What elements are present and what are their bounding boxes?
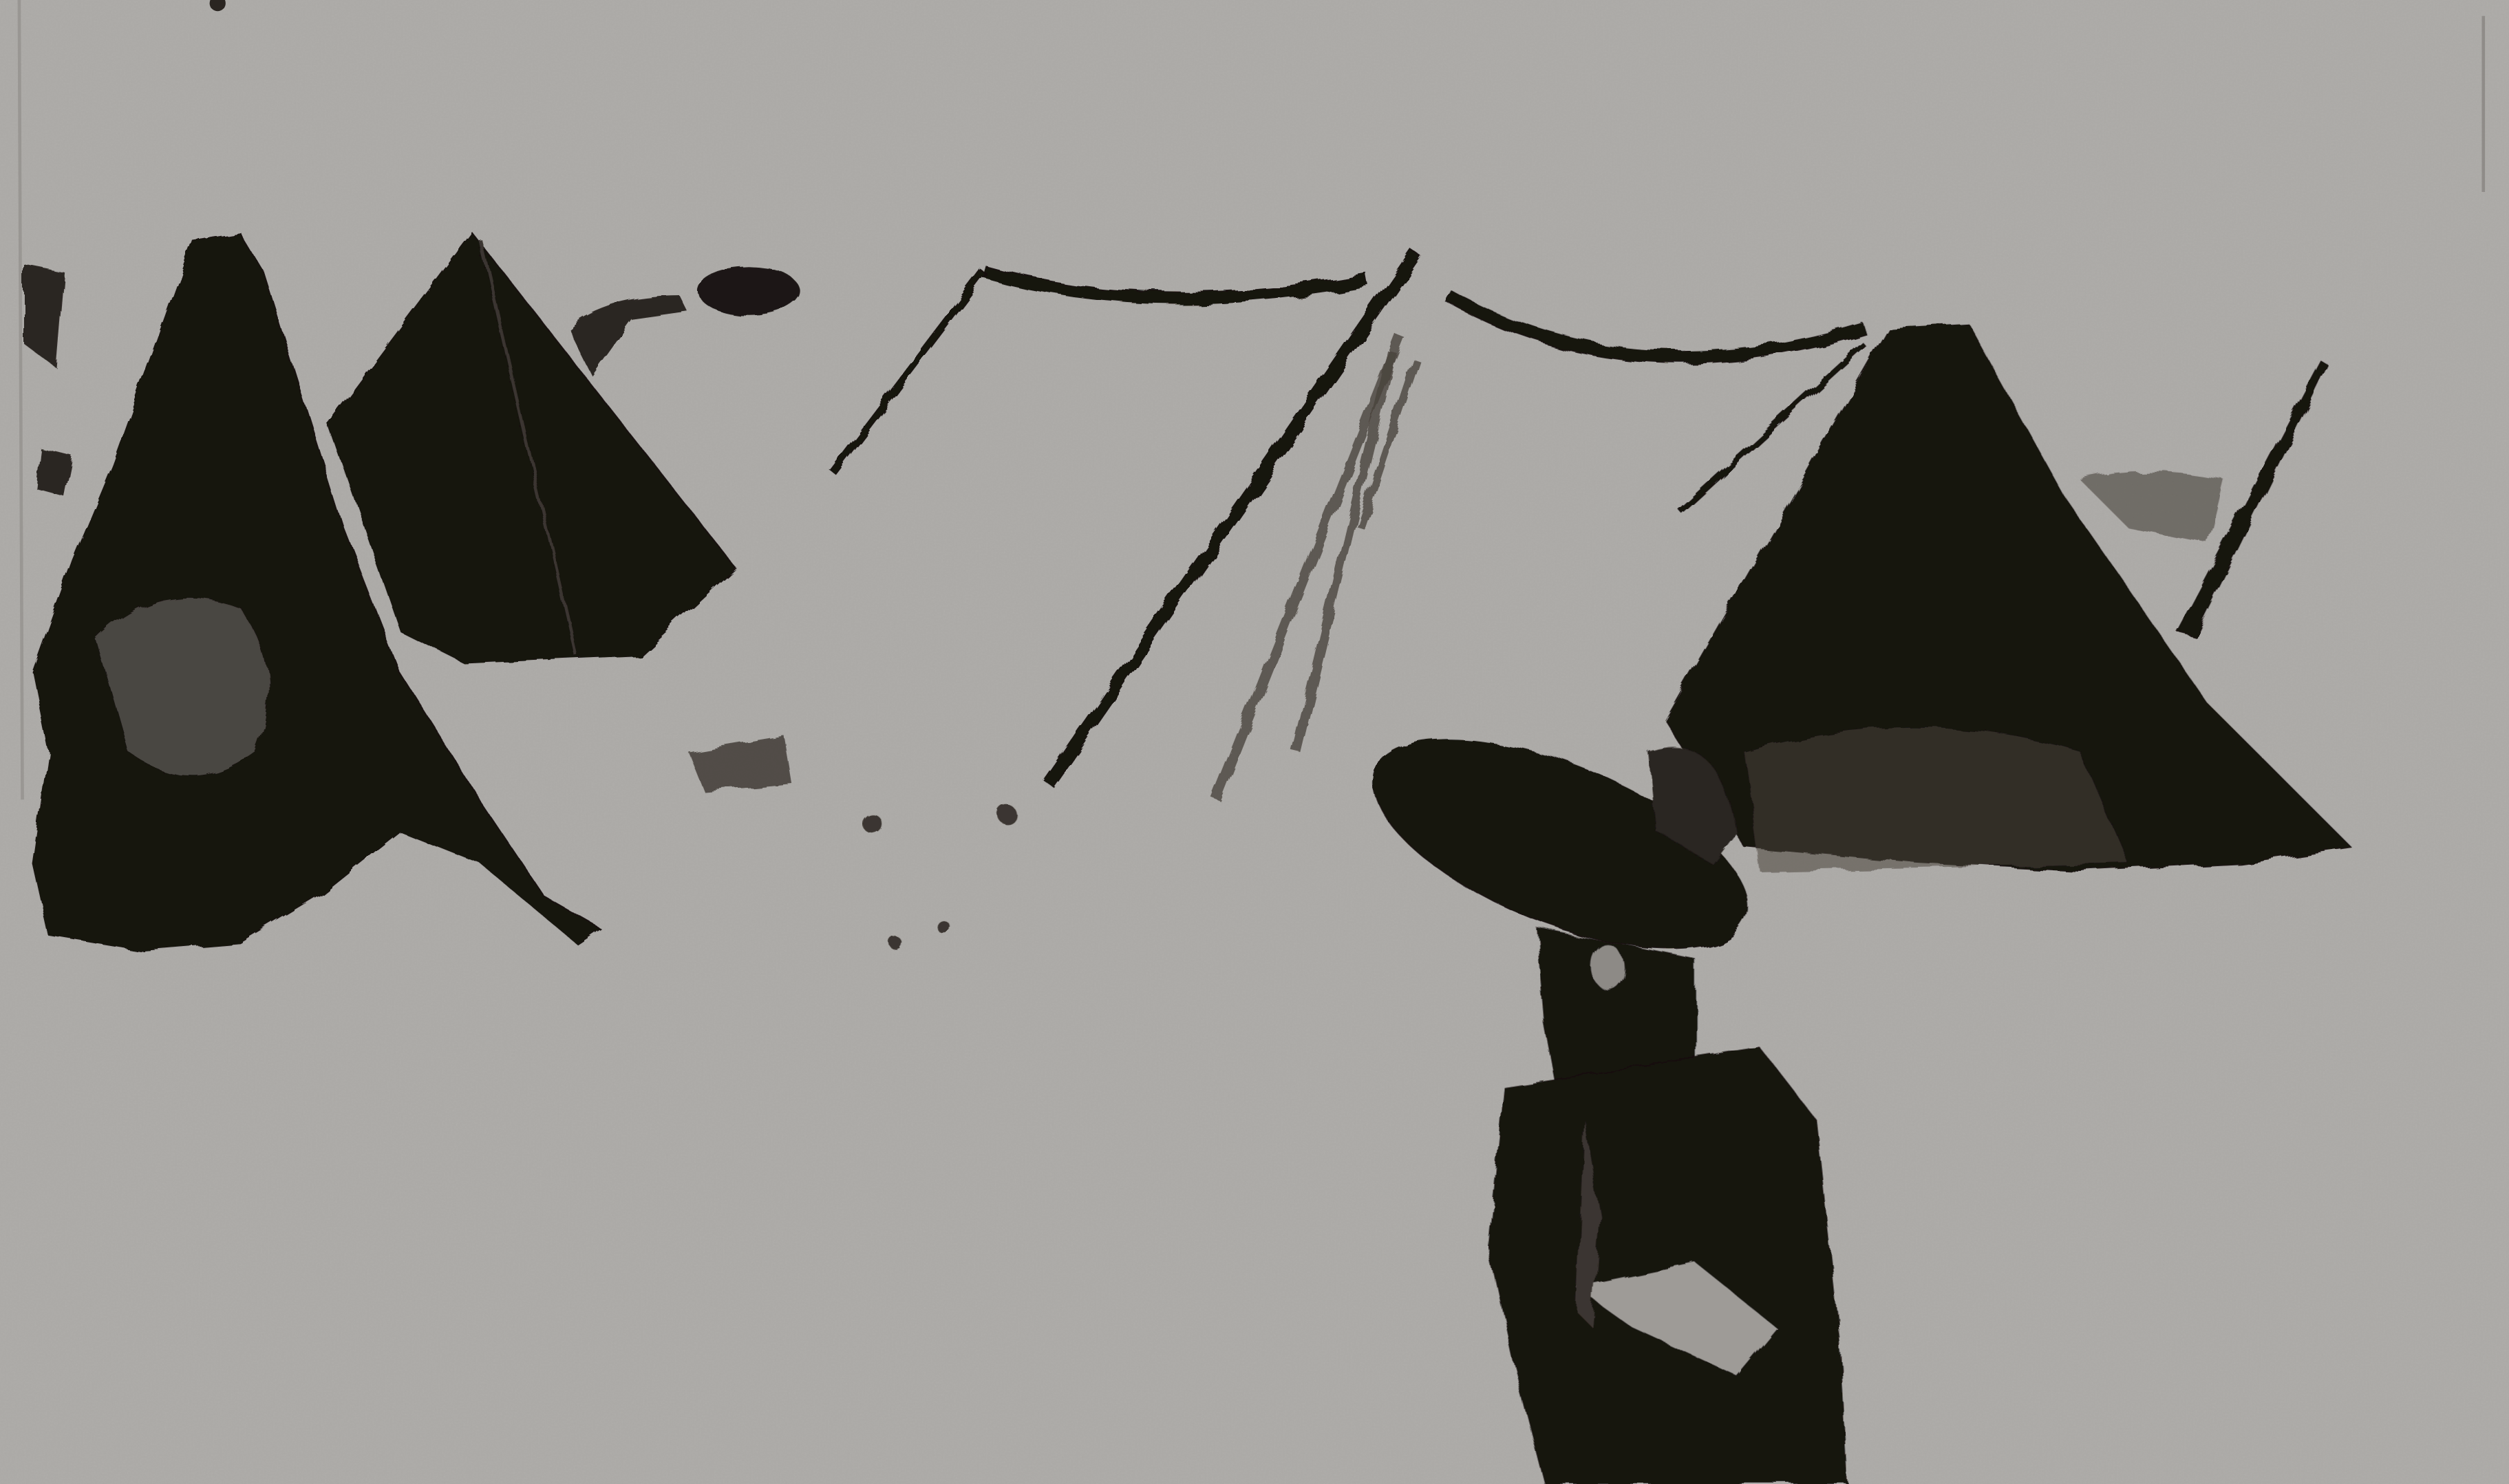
print-scene xyxy=(0,0,2509,1484)
distant-object xyxy=(698,267,800,315)
scene-svg xyxy=(0,0,2509,1484)
